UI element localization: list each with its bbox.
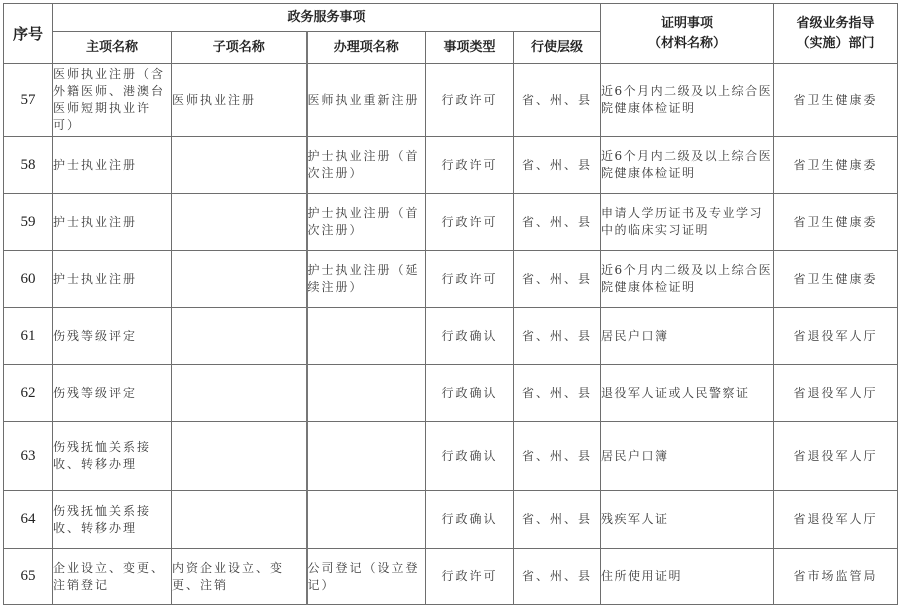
cell-sub-item (172, 422, 307, 491)
header-proof-line2: （材料名称） (601, 34, 773, 54)
header-seq: 序号 (4, 4, 53, 64)
cell-exercise-level: 省、州、县 (514, 365, 601, 422)
table-row: 60 护士执业注册 护士执业注册（延续注册） 行政许可 省、州、县 近6个月内二… (4, 251, 898, 308)
cell-seq: 65 (4, 549, 53, 605)
cell-department: 省退役军人厅 (774, 491, 898, 549)
cell-item-type: 行政许可 (426, 549, 514, 605)
cell-department: 省退役军人厅 (774, 365, 898, 422)
cell-seq: 57 (4, 64, 53, 137)
cell-item-type: 行政许可 (426, 137, 514, 194)
header-dept-line2: （实施）部门 (774, 34, 897, 54)
cell-exercise-level: 省、州、县 (514, 64, 601, 137)
cell-main-item: 企业设立、变更、注销登记 (53, 549, 172, 605)
cell-exercise-level: 省、州、县 (514, 491, 601, 549)
cell-handle-item (307, 491, 426, 549)
table-row: 59 护士执业注册 护士执业注册（首次注册） 行政许可 省、州、县 申请人学历证… (4, 194, 898, 251)
header-handle-item: 办理项名称 (307, 32, 426, 64)
cell-handle-item (307, 365, 426, 422)
cell-main-item: 伤残抚恤关系接收、转移办理 (53, 422, 172, 491)
header-service-items-group: 政务服务事项 (53, 4, 601, 32)
cell-seq: 58 (4, 137, 53, 194)
cell-department: 省卫生健康委 (774, 194, 898, 251)
cell-item-type: 行政确认 (426, 308, 514, 365)
cell-proof-item: 申请人学历证书及专业学习中的临床实习证明 (601, 194, 774, 251)
cell-seq: 60 (4, 251, 53, 308)
cell-handle-item (307, 422, 426, 491)
cell-sub-item (172, 137, 307, 194)
cell-department: 省卫生健康委 (774, 137, 898, 194)
cell-item-type: 行政许可 (426, 194, 514, 251)
table-row: 62 伤残等级评定 行政确认 省、州、县 退役军人证或人民警察证 省退役军人厅 (4, 365, 898, 422)
cell-handle-item: 医师执业重新注册 (307, 64, 426, 137)
header-proof-item: 证明事项 （材料名称） (601, 4, 774, 64)
cell-main-item: 护士执业注册 (53, 194, 172, 251)
cell-department: 省退役军人厅 (774, 422, 898, 491)
cell-sub-item (172, 251, 307, 308)
header-main-item: 主项名称 (53, 32, 172, 64)
cell-item-type: 行政许可 (426, 64, 514, 137)
cell-proof-item: 近6个月内二级及以上综合医院健康体检证明 (601, 64, 774, 137)
cell-seq: 59 (4, 194, 53, 251)
table-row: 64 伤残抚恤关系接收、转移办理 行政确认 省、州、县 残疾军人证 省退役军人厅 (4, 491, 898, 549)
cell-sub-item: 医师执业注册 (172, 64, 307, 137)
cell-proof-item: 近6个月内二级及以上综合医院健康体检证明 (601, 137, 774, 194)
table-row: 58 护士执业注册 护士执业注册（首次注册） 行政许可 省、州、县 近6个月内二… (4, 137, 898, 194)
cell-item-type: 行政许可 (426, 251, 514, 308)
cell-proof-item: 居民户口簿 (601, 308, 774, 365)
cell-exercise-level: 省、州、县 (514, 308, 601, 365)
cell-main-item: 护士执业注册 (53, 137, 172, 194)
cell-exercise-level: 省、州、县 (514, 251, 601, 308)
table-row: 57 医师执业注册（含外籍医师、港澳台医师短期执业许可） 医师执业注册 医师执业… (4, 64, 898, 137)
cell-sub-item (172, 491, 307, 549)
cell-department: 省市场监管局 (774, 549, 898, 605)
header-proof-line1: 证明事项 (601, 14, 773, 34)
cell-seq: 62 (4, 365, 53, 422)
cell-seq: 64 (4, 491, 53, 549)
table-row: 65 企业设立、变更、注销登记 内资企业设立、变更、注销 公司登记（设立登记） … (4, 549, 898, 605)
cell-handle-item (307, 308, 426, 365)
table-row: 61 伤残等级评定 行政确认 省、州、县 居民户口簿 省退役军人厅 (4, 308, 898, 365)
cell-item-type: 行政确认 (426, 422, 514, 491)
cell-department: 省卫生健康委 (774, 251, 898, 308)
cell-seq: 63 (4, 422, 53, 491)
cell-department: 省卫生健康委 (774, 64, 898, 137)
cell-proof-item: 居民户口簿 (601, 422, 774, 491)
cell-sub-item: 内资企业设立、变更、注销 (172, 549, 307, 605)
cell-item-type: 行政确认 (426, 365, 514, 422)
table-row: 63 伤残抚恤关系接收、转移办理 行政确认 省、州、县 居民户口簿 省退役军人厅 (4, 422, 898, 491)
header-dept-line1: 省级业务指导 (774, 14, 897, 34)
cell-main-item: 护士执业注册 (53, 251, 172, 308)
header-sub-item: 子项名称 (172, 32, 307, 64)
cell-main-item: 伤残等级评定 (53, 365, 172, 422)
cell-proof-item: 退役军人证或人民警察证 (601, 365, 774, 422)
cell-handle-item: 护士执业注册（延续注册） (307, 251, 426, 308)
cell-sub-item (172, 194, 307, 251)
cell-seq: 61 (4, 308, 53, 365)
cell-item-type: 行政确认 (426, 491, 514, 549)
cell-exercise-level: 省、州、县 (514, 137, 601, 194)
cell-main-item: 伤残抚恤关系接收、转移办理 (53, 491, 172, 549)
cell-exercise-level: 省、州、县 (514, 194, 601, 251)
cell-sub-item (172, 308, 307, 365)
cell-sub-item (172, 365, 307, 422)
cell-proof-item: 近6个月内二级及以上综合医院健康体检证明 (601, 251, 774, 308)
cell-main-item: 医师执业注册（含外籍医师、港澳台医师短期执业许可） (53, 64, 172, 137)
cell-handle-item: 公司登记（设立登记） (307, 549, 426, 605)
cell-main-item: 伤残等级评定 (53, 308, 172, 365)
cell-handle-item: 护士执业注册（首次注册） (307, 137, 426, 194)
proof-items-table: 序号 政务服务事项 证明事项 （材料名称） 省级业务指导 （实施）部门 主项名称… (3, 3, 898, 605)
header-exercise-level: 行使层级 (514, 32, 601, 64)
cell-proof-item: 住所使用证明 (601, 549, 774, 605)
header-department: 省级业务指导 （实施）部门 (774, 4, 898, 64)
cell-exercise-level: 省、州、县 (514, 549, 601, 605)
cell-exercise-level: 省、州、县 (514, 422, 601, 491)
cell-proof-item: 残疾军人证 (601, 491, 774, 549)
header-item-type: 事项类型 (426, 32, 514, 64)
cell-handle-item: 护士执业注册（首次注册） (307, 194, 426, 251)
cell-department: 省退役军人厅 (774, 308, 898, 365)
